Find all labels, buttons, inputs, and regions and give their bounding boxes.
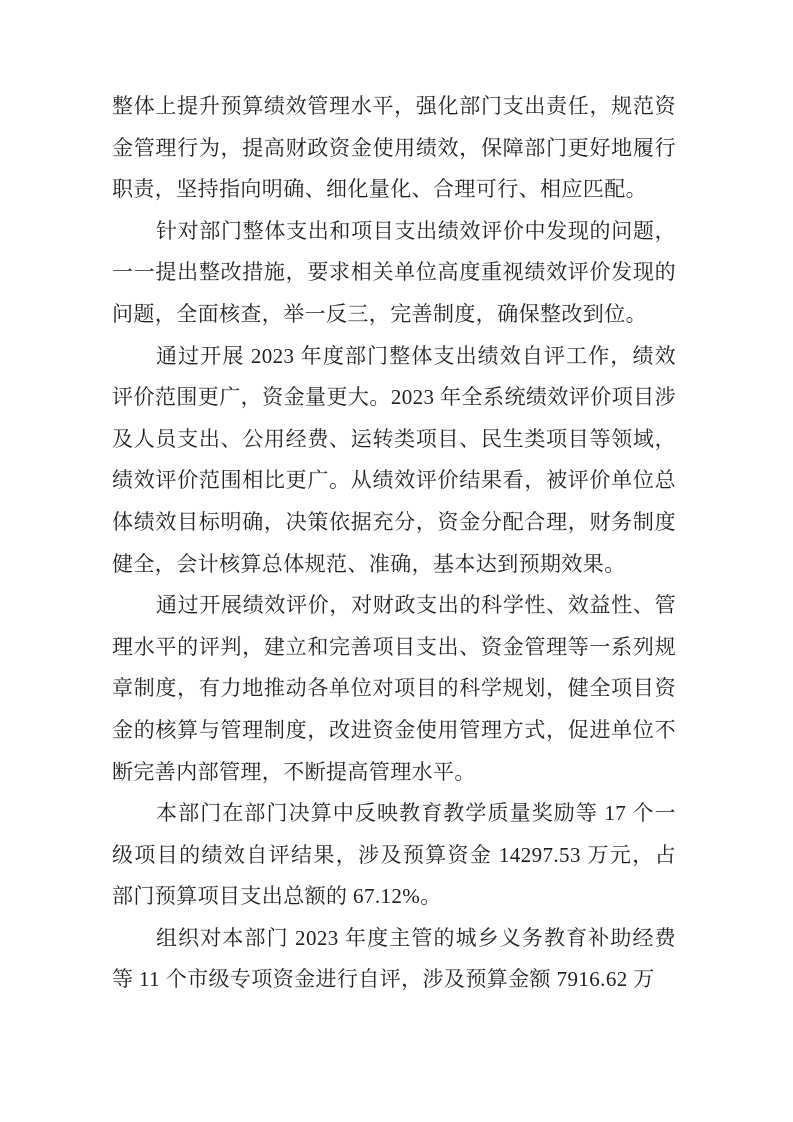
text-line: 金的核算与管理制度，改进资金使用管理方式，促进单位不 (112, 710, 676, 752)
text-line: 断完善内部管理，不断提高管理水平。 (112, 752, 676, 794)
text-line: 问题，全面核查，举一反三，完善制度，确保整改到位。 (112, 294, 676, 336)
text-line: 健全，会计核算总体规范、准确，基本达到预期效果。 (112, 544, 676, 586)
text-line: 金管理行为，提高财政资金使用绩效，保障部门更好地履行 (112, 128, 676, 170)
text-line: 体绩效目标明确，决策依据充分，资金分配合理，财务制度 (112, 502, 676, 544)
paragraph: 通过开展绩效评价，对财政支出的科学性、效益性、管理水平的评判，建立和完善项目支出… (112, 585, 676, 793)
text-line: 评价范围更广，资金量更大。2023 年全系统绩效评价项目涉 (112, 377, 676, 419)
text-line: 整体上提升预算绩效管理水平，强化部门支出责任，规范资 (112, 86, 676, 128)
text-line: 职责，坚持指向明确、细化量化、合理可行、相应匹配。 (112, 169, 676, 211)
text-line: 章制度，有力地推动各单位对项目的科学规划，健全项目资 (112, 668, 676, 710)
text-line: 部门预算项目支出总额的 67.12%。 (112, 876, 676, 918)
document-body: 整体上提升预算绩效管理水平，强化部门支出责任，规范资金管理行为，提高财政资金使用… (112, 86, 676, 1001)
text-line: 通过开展绩效评价，对财政支出的科学性、效益性、管 (112, 585, 676, 627)
paragraph: 整体上提升预算绩效管理水平，强化部门支出责任，规范资金管理行为，提高财政资金使用… (112, 86, 676, 211)
text-line: 本部门在部门决算中反映教育教学质量奖励等 17 个一 (112, 793, 676, 835)
text-line: 绩效评价范围相比更广。从绩效评价结果看，被评价单位总 (112, 460, 676, 502)
text-line: 组织对本部门 2023 年度主管的城乡义务教育补助经费 (112, 918, 676, 960)
paragraph: 组织对本部门 2023 年度主管的城乡义务教育补助经费等 11 个市级专项资金进… (112, 918, 676, 1001)
text-line: 通过开展 2023 年度部门整体支出绩效自评工作，绩效 (112, 336, 676, 378)
document-page: 整体上提升预算绩效管理水平，强化部门支出责任，规范资金管理行为，提高财政资金使用… (0, 0, 793, 1122)
paragraph: 针对部门整体支出和项目支出绩效评价中发现的问题，一一提出整改措施，要求相关单位高… (112, 211, 676, 336)
text-line: 针对部门整体支出和项目支出绩效评价中发现的问题， (112, 211, 676, 253)
paragraph: 通过开展 2023 年度部门整体支出绩效自评工作，绩效评价范围更广，资金量更大。… (112, 336, 676, 586)
text-line: 理水平的评判，建立和完善项目支出、资金管理等一系列规 (112, 627, 676, 669)
text-line: 级项目的绩效自评结果，涉及预算资金 14297.53 万元，占 (112, 835, 676, 877)
text-line: 一一提出整改措施，要求相关单位高度重视绩效评价发现的 (112, 252, 676, 294)
text-line: 及人员支出、公用经费、运转类项目、民生类项目等领域， (112, 419, 676, 461)
paragraph: 本部门在部门决算中反映教育教学质量奖励等 17 个一级项目的绩效自评结果，涉及预… (112, 793, 676, 918)
text-line: 等 11 个市级专项资金进行自评，涉及预算金额 7916.62 万 (112, 959, 676, 1001)
